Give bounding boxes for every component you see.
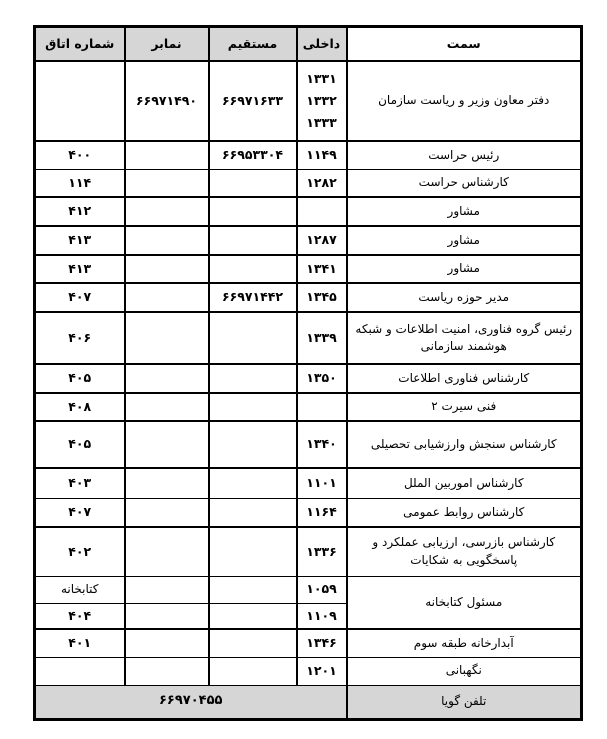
header-row: سمت داخلی مستقیم نمابر شماره اتاق xyxy=(35,27,582,62)
position-cell: کارشناس بازرسی، ارزیابی عملکرد و پاسخگوی… xyxy=(347,527,582,576)
table-row: دفتر معاون وزیر و ریاست سازمان۱۳۳۱۱۳۳۲۱۳… xyxy=(35,61,582,141)
internal-cell: ۱۲۸۷ xyxy=(297,226,347,255)
position-cell: مشاور xyxy=(347,255,582,283)
direct-cell xyxy=(209,629,297,657)
room-cell: ۴۰۵ xyxy=(35,364,125,393)
phone-directory-table: سمت داخلی مستقیم نمابر شماره اتاق دفتر م… xyxy=(33,25,583,721)
direct-cell xyxy=(209,169,297,197)
table-footer: تلفن گویا ۶۶۹۷۰۴۵۵ xyxy=(35,685,582,719)
room-cell: ۴۰۸ xyxy=(35,393,125,421)
position-cell: کارشناس حراست xyxy=(347,169,582,197)
fax-cell xyxy=(125,393,209,421)
position-cell: رئیس گروه فناوری، امنیت اطلاعات و شبکه ه… xyxy=(347,312,582,364)
table-row: کارشناس سنجش وارزشیابی تحصیلی۱۳۴۰۴۰۵ xyxy=(35,421,582,468)
internal-cell: ۱۲۰۱ xyxy=(297,657,347,685)
direct-cell xyxy=(209,421,297,468)
table-header: سمت داخلی مستقیم نمابر شماره اتاق xyxy=(35,27,582,62)
direct-cell xyxy=(209,468,297,498)
table-row: مشاور۱۳۴۱۴۱۳ xyxy=(35,255,582,283)
table-row: مسئول کتابخانه۱۰۵۹کتابخانه xyxy=(35,576,582,603)
internal-cell: ۱۱۰۹ xyxy=(297,603,347,629)
room-cell: ۴۰۶ xyxy=(35,312,125,364)
fax-cell xyxy=(125,421,209,468)
direct-cell xyxy=(209,197,297,226)
fax-cell xyxy=(125,255,209,283)
fax-cell xyxy=(125,527,209,576)
fax-cell xyxy=(125,603,209,629)
internal-cell: ۱۳۴۵ xyxy=(297,283,347,312)
fax-cell xyxy=(125,197,209,226)
room-cell: ۴۰۵ xyxy=(35,421,125,468)
fax-cell xyxy=(125,312,209,364)
fax-cell: ۶۶۹۷۱۴۹۰ xyxy=(125,61,209,141)
room-cell: ۴۰۳ xyxy=(35,468,125,498)
fax-cell xyxy=(125,226,209,255)
direct-cell xyxy=(209,393,297,421)
internal-cell: ۱۱۶۴ xyxy=(297,498,347,527)
position-cell: کارشناس سنجش وارزشیابی تحصیلی xyxy=(347,421,582,468)
room-cell: ۴۱۳ xyxy=(35,255,125,283)
position-cell: نگهبانی xyxy=(347,657,582,685)
internal-cell: ۱۳۴۰ xyxy=(297,421,347,468)
direct-cell xyxy=(209,312,297,364)
position-cell: رئیس حراست xyxy=(347,141,582,169)
table-row: آبدارخانه طبقه سوم۱۳۴۶۴۰۱ xyxy=(35,629,582,657)
direct-cell: ۶۶۹۷۱۶۳۳ xyxy=(209,61,297,141)
fax-cell xyxy=(125,498,209,527)
direct-cell xyxy=(209,226,297,255)
fax-cell xyxy=(125,141,209,169)
room-cell: ۴۰۴ xyxy=(35,603,125,629)
fax-cell xyxy=(125,576,209,603)
table-row: کارشناس اموربین الملل۱۱۰۱۴۰۳ xyxy=(35,468,582,498)
table-row: رئیس حراست۱۱۴۹۶۶۹۵۳۳۰۴۴۰۰ xyxy=(35,141,582,169)
internal-cell xyxy=(297,393,347,421)
directory-body: دفتر معاون وزیر و ریاست سازمان۱۳۳۱۱۳۳۲۱۳… xyxy=(35,61,582,685)
room-cell: ۴۰۷ xyxy=(35,498,125,527)
voice-phone-number: ۶۶۹۷۰۴۵۵ xyxy=(35,685,347,719)
table-row: مدیر حوزه ریاست۱۳۴۵۶۶۹۷۱۴۴۲۴۰۷ xyxy=(35,283,582,312)
document-page: سمت داخلی مستقیم نمابر شماره اتاق دفتر م… xyxy=(0,0,607,721)
direct-cell xyxy=(209,576,297,603)
room-cell: ۴۱۲ xyxy=(35,197,125,226)
fax-cell xyxy=(125,169,209,197)
position-cell: دفتر معاون وزیر و ریاست سازمان xyxy=(347,61,582,141)
direct-cell xyxy=(209,603,297,629)
position-cell: کارشناس فناوری اطلاعات xyxy=(347,364,582,393)
internal-cell: ۱۳۳۶ xyxy=(297,527,347,576)
position-cell: مدیر حوزه ریاست xyxy=(347,283,582,312)
room-cell: ۴۱۳ xyxy=(35,226,125,255)
table-row: مشاور۱۲۸۷۴۱۳ xyxy=(35,226,582,255)
voice-phone-label: تلفن گویا xyxy=(347,685,582,719)
internal-cell xyxy=(297,197,347,226)
table-row: کارشناس فناوری اطلاعات۱۳۵۰۴۰۵ xyxy=(35,364,582,393)
direct-cell: ۶۶۹۵۳۳۰۴ xyxy=(209,141,297,169)
room-cell: کتابخانه xyxy=(35,576,125,603)
fax-cell xyxy=(125,657,209,685)
direct-cell xyxy=(209,657,297,685)
internal-cell: ۱۳۳۱۱۳۳۲۱۳۳۳ xyxy=(297,61,347,141)
internal-cell: ۱۳۴۱ xyxy=(297,255,347,283)
position-cell: فنی سیرت ۲ xyxy=(347,393,582,421)
table-row: کارشناس بازرسی، ارزیابی عملکرد و پاسخگوی… xyxy=(35,527,582,576)
position-cell: کارشناس روابط عمومی xyxy=(347,498,582,527)
internal-cell: ۱۲۸۲ xyxy=(297,169,347,197)
internal-cell: ۱۰۵۹ xyxy=(297,576,347,603)
table-row: کارشناس حراست۱۲۸۲۱۱۴ xyxy=(35,169,582,197)
direct-cell: ۶۶۹۷۱۴۴۲ xyxy=(209,283,297,312)
header-internal: داخلی xyxy=(297,27,347,62)
room-cell: ۴۰۱ xyxy=(35,629,125,657)
internal-cell: ۱۱۴۹ xyxy=(297,141,347,169)
table-row: مشاور۴۱۲ xyxy=(35,197,582,226)
header-fax: نمابر xyxy=(125,27,209,62)
internal-cell: ۱۱۰۱ xyxy=(297,468,347,498)
position-cell: مشاور xyxy=(347,197,582,226)
header-position: سمت xyxy=(347,27,582,62)
internal-cell: ۱۳۴۶ xyxy=(297,629,347,657)
fax-cell xyxy=(125,468,209,498)
room-cell xyxy=(35,657,125,685)
room-cell: ۱۱۴ xyxy=(35,169,125,197)
footer-row: تلفن گویا ۶۶۹۷۰۴۵۵ xyxy=(35,685,582,719)
table-row: کارشناس روابط عمومی۱۱۶۴۴۰۷ xyxy=(35,498,582,527)
direct-cell xyxy=(209,364,297,393)
direct-cell xyxy=(209,498,297,527)
internal-cell: ۱۳۵۰ xyxy=(297,364,347,393)
room-cell: ۴۰۷ xyxy=(35,283,125,312)
table-row: رئیس گروه فناوری، امنیت اطلاعات و شبکه ه… xyxy=(35,312,582,364)
fax-cell xyxy=(125,629,209,657)
position-cell: مشاور xyxy=(347,226,582,255)
fax-cell xyxy=(125,283,209,312)
fax-cell xyxy=(125,364,209,393)
room-cell: ۴۰۰ xyxy=(35,141,125,169)
header-direct: مستقیم xyxy=(209,27,297,62)
direct-cell xyxy=(209,527,297,576)
table-row: فنی سیرت ۲۴۰۸ xyxy=(35,393,582,421)
header-room: شماره اتاق xyxy=(35,27,125,62)
direct-cell xyxy=(209,255,297,283)
room-cell: ۴۰۲ xyxy=(35,527,125,576)
internal-cell: ۱۳۳۹ xyxy=(297,312,347,364)
room-cell xyxy=(35,61,125,141)
position-cell: مسئول کتابخانه xyxy=(347,576,582,629)
position-cell: کارشناس اموربین الملل xyxy=(347,468,582,498)
position-cell: آبدارخانه طبقه سوم xyxy=(347,629,582,657)
table-row: نگهبانی۱۲۰۱ xyxy=(35,657,582,685)
